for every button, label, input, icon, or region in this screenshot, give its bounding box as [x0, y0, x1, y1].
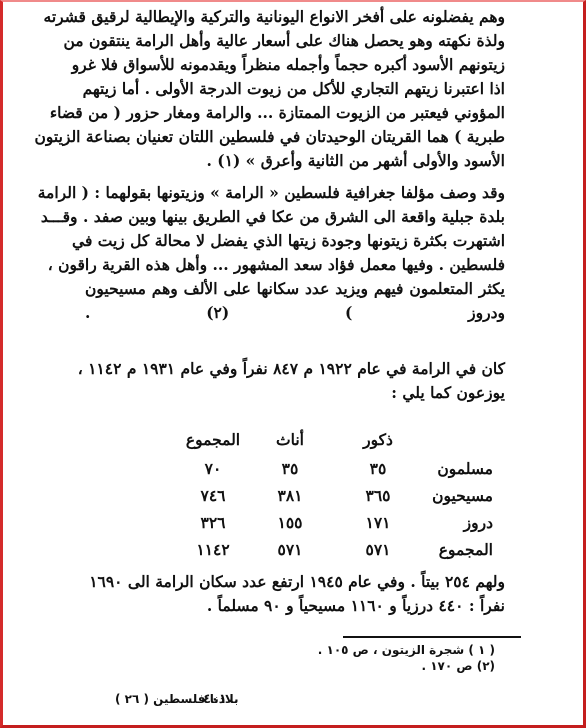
cell-male: ٥٧١	[343, 538, 413, 562]
cell-male: ٣٦٥	[343, 484, 413, 508]
text-line: وقد وصف مؤلفا جغرافية فلسطين « الرامة » …	[85, 181, 505, 205]
cell-male: ٣٥	[343, 457, 413, 481]
text-line: ولهم ٢٥٤ بيتاً . وفي عام ١٩٤٥ ارتفع عدد …	[105, 570, 505, 594]
scanned-page-frame: وهم يفضلونه على أفخر الانواع اليونانية و…	[0, 0, 586, 728]
footnote-1: ( ١ ) شجرة الزيتون ، ص ١٠٥ .	[318, 643, 495, 657]
text-line: اشتهرت بكثرة زيتونها وجودة زيتها الذي يف…	[85, 229, 505, 253]
cell-male: ١٧١	[343, 511, 413, 535]
cell-total: ٧٠	[178, 457, 248, 481]
cell-total: ١١٤٢	[178, 538, 248, 562]
row-label: مسلمون	[413, 457, 493, 481]
cell-female: ٣٨١	[255, 484, 325, 508]
text-line: طبرية ) هما القريتان الوحيدتان في فلسطين…	[85, 125, 505, 149]
text-line: المؤوني فيعتبر من الزيوت الممتازة ... وا…	[85, 101, 505, 125]
table-row: مسلمون ٣٥ ٣٥ ٧٠	[3, 457, 586, 481]
cell-female: ٣٥	[255, 457, 325, 481]
text-line: الأسود والأولى أشهر من الثانية وأعرق » (…	[85, 149, 505, 173]
text-line: بلدة جبلية واقعة الى الشرق من عكا في الط…	[85, 205, 505, 229]
footnote-divider	[343, 636, 521, 638]
text-line: ولذة نكهته وهو يحصل هناك على أسعار عالية…	[85, 29, 505, 53]
cell-total: ٧٤٦	[178, 484, 248, 508]
text-line: اذا اعتبرنا زيتهم التجاري للأكل من زيوت …	[85, 77, 505, 101]
table-row: المجموع ٥٧١ ٥٧١ ١١٤٢	[3, 538, 586, 562]
header-total: المجموع	[178, 428, 248, 452]
text-line: ودروز ) (٢) .	[85, 301, 505, 325]
table-row: دروز ١٧١ ١٥٥ ٣٢٦	[3, 511, 586, 535]
header-female: أناث	[255, 428, 325, 452]
text-line: فلسطين . وفيها معمل فؤاد سعد المشهور ...…	[85, 253, 505, 277]
text-line: وهم يفضلونه على أفخر الانواع اليونانية و…	[85, 5, 505, 29]
footnote-2: (٢) ص ١٧٠ .	[421, 659, 495, 673]
row-label: مسيحيون	[413, 484, 493, 508]
row-label: دروز	[413, 511, 493, 535]
running-footer-title: بلادنا فلسطين ( ٢٦ )	[115, 692, 239, 706]
cell-total: ٣٢٦	[178, 511, 248, 535]
table-header-row: ذكور أناث المجموع	[3, 428, 586, 452]
text-line: نفراً : ٤٤٠ درزياً و ١١٦٠ مسيحياً و ٩٠ م…	[85, 594, 505, 618]
text-line: يكثر المتعلمون فيهم ويزيد عدد سكانها على…	[85, 277, 505, 301]
cell-female: ٥٧١	[255, 538, 325, 562]
text-line: يوزعون كما يلي :	[85, 381, 505, 405]
text-line	[85, 325, 505, 349]
header-male: ذكور	[343, 428, 413, 452]
cell-female: ١٥٥	[255, 511, 325, 535]
table-row: مسيحيون ٣٦٥ ٣٨١ ٧٤٦	[3, 484, 586, 508]
text-line: زيتونهم الأسود أكبره حجماً وأجمله منظراً…	[85, 53, 505, 77]
row-label: المجموع	[413, 538, 493, 562]
text-line: كان في الرامة في عام ١٩٢٢ م ٨٤٧ نفراً وف…	[105, 357, 505, 381]
